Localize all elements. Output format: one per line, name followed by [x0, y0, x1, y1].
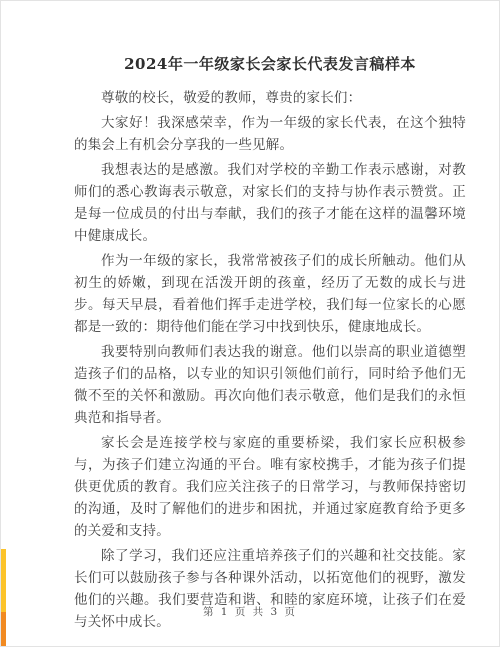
document-title: 2024年一年级家长会家长代表发言稿样本: [74, 53, 466, 75]
paragraph-teachers: 我要特别向教师们表达我的谢意。他们以崇高的职业道德塑造孩子们的品格，以专业的知识…: [74, 341, 466, 429]
paragraph-growth: 作为一年级的家长，我常常被孩子们的成长所触动。他们从初生的娇嫩，到现在活泼开朗的…: [74, 250, 466, 338]
paragraph-greeting: 尊敬的校长，敬爱的教师，尊贵的家长们：: [74, 87, 466, 109]
paragraph-gratitude: 我想表达的是感激。我们对学校的辛勤工作表示感谢，对教师们的悉心教诲表示敬意，对家…: [74, 159, 466, 247]
paragraph-intro: 大家好！我深感荣幸，作为一年级的家长代表，在这个独特的集会上有机会分享我的一些见…: [74, 112, 466, 156]
page-number: 第 1 页 共 3 页: [1, 604, 499, 619]
side-accent-yellow-bar[interactable]: [1, 549, 6, 612]
paragraph-bridge: 家长会是连接学校与家庭的重要桥梁，我们家长应积极参与，为孩子们建立沟通的平台。唯…: [74, 432, 466, 542]
paragraph-interests: 除了学习，我们还应注重培养孩子们的兴趣和社交技能。家长们可以鼓励孩子参与各种课外…: [74, 545, 466, 633]
document-body: 尊敬的校长，敬爱的教师，尊贵的家长们： 大家好！我深感荣幸，作为一年级的家长代表…: [74, 87, 466, 633]
document-content: 2024年一年级家长会家长代表发言稿样本 尊敬的校长，敬爱的教师，尊贵的家长们：…: [74, 53, 466, 636]
document-page: 2024年一年级家长会家长代表发言稿样本 尊敬的校长，敬爱的教师，尊贵的家长们：…: [0, 0, 500, 647]
